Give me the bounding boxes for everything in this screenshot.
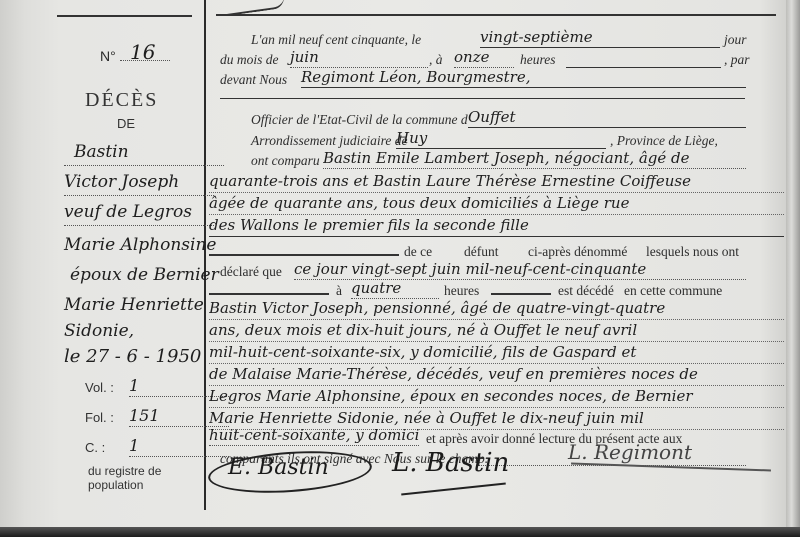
signature-2: L. Bastin — [392, 448, 509, 478]
province-label: , Province de Liège, — [610, 133, 718, 149]
time-rule — [209, 293, 329, 295]
comparu-prefix: ont comparu — [251, 153, 320, 169]
deceased-label: est décédé — [558, 283, 614, 299]
de-label: DE — [117, 116, 135, 131]
comparant-line-4: des Wallons le premier fils la seconde f… — [209, 215, 784, 237]
deceased-line-7-hand: huit-cent-soixante, y domiciliée — [209, 426, 419, 446]
ci-apres-label: ci-après dénommé — [528, 244, 627, 260]
deces-title: DÉCÈS — [85, 89, 158, 112]
defunt-rule — [209, 254, 399, 256]
register-page: N° 16 DÉCÈS DE Bastin Victor Joseph veuf… — [0, 0, 790, 528]
deceased-line-3: mil-huit-cent-soixante-six, y domicilié,… — [209, 342, 784, 364]
deceased-line-5: Legros Marie Alphonsine, époux en second… — [209, 386, 784, 408]
time-fill-rule — [491, 293, 551, 295]
comparant-line-2: quarante-trois ans et Bastin Laure Thérè… — [209, 171, 784, 193]
devant-prefix: devant Nous — [220, 72, 287, 88]
officer-rule — [220, 98, 745, 99]
c-label: C. : — [85, 440, 120, 455]
officier-prefix: Officier de l'Etat-Civil de la commune d… — [251, 112, 470, 128]
arrondissement-value: Huy — [396, 129, 606, 149]
deceased-line-1: Bastin Victor Joseph, pensionné, âgé de … — [209, 298, 784, 320]
officer-name: Regimont Léon, Bourgmestre, — [301, 68, 746, 88]
deceased-line-4: de Malaise Marie-Thérèse, décédés, veuf … — [209, 364, 784, 386]
declared-date: ce jour vingt-sept juin mil-neuf-cent-ci… — [294, 260, 746, 280]
page-edge-bottom — [0, 527, 800, 537]
given-names: Victor Joseph — [64, 170, 214, 196]
lesquels-label: lesquels nous ont — [646, 244, 739, 260]
par-label: , par — [724, 52, 750, 68]
registre-label: du registre de population — [88, 464, 202, 492]
heures-label: heures — [520, 52, 556, 68]
vol-row: Vol. : 1 — [85, 380, 120, 410]
year-prefix: L'an mil neuf cent cinquante, le — [251, 32, 421, 48]
signature-2-underline — [401, 483, 506, 496]
entry-number: 16 — [130, 40, 155, 64]
page-edge-right — [786, 0, 800, 537]
jour-label: jour — [724, 32, 747, 48]
month-value: juin — [290, 48, 428, 68]
month-prefix: du mois de — [220, 52, 279, 68]
comparant-line-3: âgée de quarante ans, tous deux domicili… — [209, 193, 784, 215]
top-rule — [57, 15, 192, 17]
spouse-of: époux de Bernier — [64, 260, 234, 290]
surname: Bastin — [64, 140, 224, 166]
register-reference: Vol. : 1 Fol. : 151 C. : 1 — [85, 380, 120, 470]
comparant-line-1: Bastin Emile Lambert Joseph, négociant, … — [323, 149, 746, 169]
commune-value: Ouffet — [468, 108, 746, 128]
time-a-label: à — [336, 283, 342, 299]
time-value: quatre — [351, 279, 439, 299]
hour-fill — [566, 48, 721, 68]
declare-prefix: déclaré que — [220, 264, 282, 280]
time-heures-label: heures — [444, 283, 479, 299]
widower-of: veuf de Legros — [64, 200, 214, 226]
fol-label: Fol. : — [85, 410, 120, 425]
vol-label: Vol. : — [85, 380, 120, 395]
defunt-label: défunt — [464, 244, 499, 260]
number-label: N° — [100, 48, 116, 64]
header-rule — [216, 14, 776, 16]
hour-value: onze — [454, 48, 514, 68]
deceased-line-2: ans, deux mois et dix-huit jours, né à O… — [209, 320, 784, 342]
fol-row: Fol. : 151 — [85, 410, 120, 440]
signature-3: L. Regimont — [568, 440, 692, 464]
signature-1: E. Bastin — [228, 455, 329, 480]
a-label: , à — [429, 52, 443, 68]
commune-label: en cette commune — [624, 283, 722, 299]
de-ce-label: de ce — [404, 244, 432, 260]
arrondissement-prefix: Arrondissement judiciaire de — [251, 133, 407, 149]
day-value: vingt-septième — [480, 28, 720, 48]
